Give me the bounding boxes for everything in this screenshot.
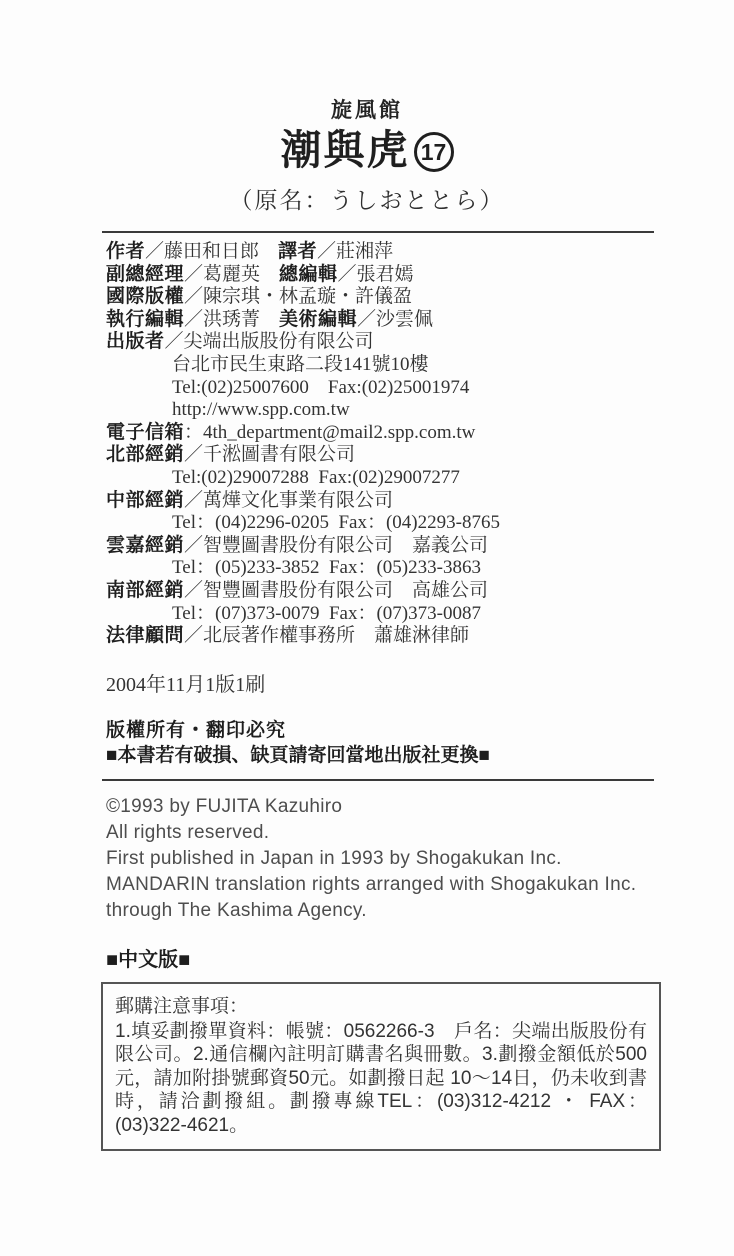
- volume-number-circled: 17: [414, 132, 454, 172]
- chinese-edition-label: ■中文版■: [106, 943, 734, 972]
- credit-role-label: 中部經銷: [106, 490, 184, 511]
- mail-order-box: 郵購注意事項： 1.填妥劃撥單資料：帳號：0562266-3 戶名：尖端出版股份…: [101, 982, 661, 1152]
- credit-line: 電子信箱：4th_department@mail2.spp.com.tw: [106, 422, 734, 445]
- credit-line: Tel:(02)25007600 Fax:(02)25001974: [106, 377, 734, 400]
- credit-value: http://www.spp.com.tw: [172, 399, 350, 420]
- credit-value: ／尖端出版股份有限公司: [165, 331, 374, 352]
- credit-value: ：4th_department@mail2.spp.com.tw: [184, 422, 475, 443]
- english-copyright-block: ©1993 by FUJITA KazuhiroAll rights reser…: [106, 794, 734, 924]
- credit-value: ／葛麗英: [184, 264, 279, 285]
- original-title: （原名：うしおととら）: [0, 182, 734, 215]
- credit-role-label: 美術編輯: [279, 309, 357, 330]
- mail-order-instructions: 1.填妥劃撥單資料：帳號：0562266-3 戶名：尖端出版股份有限公司。2.通…: [115, 1020, 647, 1138]
- credit-line: Tel:(02)29007288 Fax:(02)29007277: [106, 467, 734, 490]
- rights-reserved-notice: 版權所有・翻印必究: [106, 719, 734, 743]
- credit-role-label: 總編輯: [279, 264, 338, 285]
- credit-value: ／千淞圖書有限公司: [184, 444, 355, 465]
- credit-line: Tel：(05)233-3852 Fax：(05)233-3863: [106, 557, 734, 580]
- credit-line: Tel：(07)373-0079 Fax：(07)373-0087: [106, 603, 734, 626]
- credit-value: ／洪琇菁: [184, 309, 279, 330]
- damaged-copy-notice: ■本書若有破損、缺頁請寄回當地出版社更換■: [106, 744, 734, 768]
- credit-line: 執行編輯／洪琇菁 美術編輯／沙雲佩: [106, 309, 734, 332]
- credit-value: ／智豐圖書股份有限公司 高雄公司: [184, 580, 488, 601]
- credit-line: 中部經銷／萬燁文化事業有限公司: [106, 490, 734, 513]
- credit-value: Tel：(05)233-3852 Fax：(05)233-3863: [172, 557, 481, 578]
- credit-role-label: 出版者: [106, 331, 165, 352]
- credit-line: http://www.spp.com.tw: [106, 399, 734, 422]
- english-copyright-line: All rights reserved.: [106, 820, 734, 846]
- english-copyright-line: ©1993 by FUJITA Kazuhiro: [106, 794, 734, 820]
- credit-line: 出版者／尖端出版股份有限公司: [106, 331, 734, 354]
- credit-value: 台北市民生東路二段141號10樓: [172, 354, 429, 375]
- credit-line: 台北市民生東路二段141號10樓: [106, 354, 734, 377]
- credit-role-label: 執行編輯: [106, 309, 184, 330]
- credit-role-label: 雲嘉經銷: [106, 535, 184, 556]
- credit-line: Tel：(04)2296-0205 Fax：(04)2293-8765: [106, 512, 734, 535]
- book-title-text: 潮與虎: [281, 127, 410, 173]
- credit-role-label: 副總經理: [106, 264, 184, 285]
- credit-role-label: 電子信箱: [106, 422, 184, 443]
- credit-value: ／藤田和日郎: [145, 241, 278, 262]
- credit-line: 雲嘉經銷／智豐圖書股份有限公司 嘉義公司: [106, 535, 734, 558]
- credit-value: ／陳宗琪・林孟璇・許儀盈: [184, 286, 412, 307]
- credit-value: Tel:(02)25007600 Fax:(02)25001974: [172, 377, 469, 398]
- credit-value: ／張君嫣: [338, 264, 414, 285]
- divider-bottom: [102, 779, 654, 781]
- english-copyright-line: MANDARIN translation rights arranged wit…: [106, 872, 734, 898]
- credit-value: ／北辰著作權事務所 蕭雄淋律師: [184, 625, 469, 646]
- credit-value: ／莊湘萍: [317, 241, 393, 262]
- title-block: 旋風館 潮與虎17 （原名：うしおととら）: [0, 0, 734, 215]
- credit-value: Tel：(07)373-0079 Fax：(07)373-0087: [172, 603, 481, 624]
- credit-role-label: 法律顧問: [106, 625, 184, 646]
- credit-value: ／萬燁文化事業有限公司: [184, 490, 393, 511]
- imprint-name: 旋風館: [0, 94, 734, 124]
- credit-value: ／沙雲佩: [357, 309, 433, 330]
- credit-role-label: 譯者: [278, 241, 317, 262]
- credit-role-label: 北部經銷: [106, 444, 184, 465]
- credit-role-label: 作者: [106, 241, 145, 262]
- mail-order-heading: 郵購注意事項：: [115, 994, 647, 1020]
- divider-top: [102, 231, 654, 233]
- english-copyright-line: First published in Japan in 1993 by Shog…: [106, 846, 734, 872]
- credit-value: Tel:(02)29007288 Fax:(02)29007277: [172, 467, 460, 488]
- english-copyright-line: through The Kashima Agency.: [106, 898, 734, 924]
- credit-role-label: 南部經銷: [106, 580, 184, 601]
- credit-value: Tel：(04)2296-0205 Fax：(04)2293-8765: [172, 512, 500, 533]
- credit-line: 南部經銷／智豐圖書股份有限公司 高雄公司: [106, 580, 734, 603]
- credit-line: 國際版權／陳宗琪・林孟璇・許儀盈: [106, 286, 734, 309]
- credit-value: ／智豐圖書股份有限公司 嘉義公司: [184, 535, 488, 556]
- edition-printing-line: 2004年11月1版1刷: [106, 668, 734, 697]
- credit-line: 副總經理／葛麗英 總編輯／張君嫣: [106, 264, 734, 287]
- book-title: 潮與虎17: [0, 127, 734, 176]
- credit-line: 作者／藤田和日郎 譯者／莊湘萍: [106, 241, 734, 264]
- credits-list: 作者／藤田和日郎 譯者／莊湘萍副總經理／葛麗英 總編輯／張君嫣國際版權／陳宗琪・…: [106, 241, 734, 648]
- credit-line: 法律顧問／北辰著作權事務所 蕭雄淋律師: [106, 625, 734, 648]
- credit-role-label: 國際版權: [106, 286, 184, 307]
- credit-line: 北部經銷／千淞圖書有限公司: [106, 444, 734, 467]
- colophon-page: 旋風館 潮與虎17 （原名：うしおととら） 作者／藤田和日郎 譯者／莊湘萍副總經…: [0, 0, 734, 1256]
